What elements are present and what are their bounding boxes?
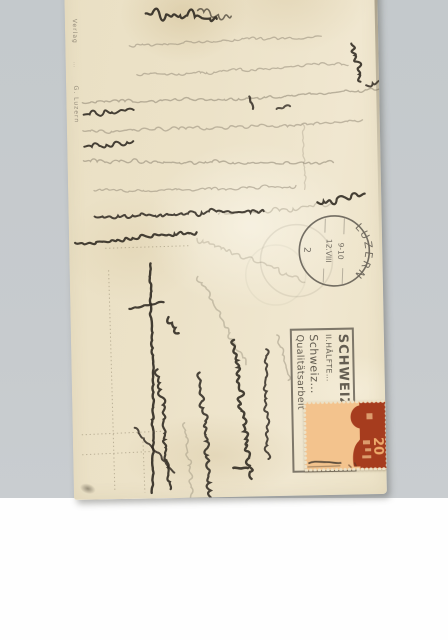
stamp-denomination: 20 <box>370 437 385 455</box>
handwriting-stroke-pencil <box>302 124 306 189</box>
handwriting-stroke-ink <box>75 232 197 245</box>
handwriting-stroke-pencil <box>82 88 381 104</box>
postmark-time: 9-10 <box>336 242 346 260</box>
handwriting-stroke-ink <box>317 193 365 205</box>
postmark-district: 2 <box>301 247 311 253</box>
slogan-line-2: II.HÄLFTE… <box>324 334 334 382</box>
printed-dotted-line <box>82 451 153 454</box>
handwriting-stroke-pencil <box>197 276 246 366</box>
handwriting-stroke-pencil <box>197 236 305 284</box>
handwriting-stroke-ink <box>84 109 134 117</box>
handwriting-stroke-ink <box>129 302 164 309</box>
handwriting-stroke-pencil <box>277 335 291 381</box>
postcard-scan: Verlag … G. Luzern LUZERN 2 9-10 12.VIII… <box>0 0 448 640</box>
printed-dotted-line <box>143 438 145 493</box>
handwriting-stroke-ink <box>351 43 361 81</box>
publisher-name: Verlag <box>71 19 78 44</box>
publisher-illegible: … <box>72 62 79 70</box>
handwriting-stroke-ink <box>94 208 263 219</box>
postage-stamp: 20 <box>303 400 387 472</box>
handwriting-stroke-pencil <box>137 62 348 76</box>
handwriting-stroke-ink <box>197 372 210 497</box>
handwriting-stroke-ink <box>84 141 133 148</box>
handwriting-stroke-pencil <box>83 154 333 168</box>
publisher-place: G. Luzern <box>72 86 80 124</box>
postmark-luzern: LUZERN 2 9-10 12.VIII <box>294 210 376 292</box>
handwriting-stroke-ink <box>147 263 156 492</box>
postmark-date: 12.VIII <box>324 239 334 263</box>
slogan-line-4: Qualitätsarbeit <box>294 334 306 409</box>
slogan-line-3: Schweiz… <box>307 334 321 394</box>
printed-dotted-line <box>82 431 162 435</box>
printed-dotted-line <box>109 270 115 490</box>
handwriting-stroke-ink <box>263 349 271 459</box>
handwriting-stroke-ink <box>155 369 171 489</box>
printed-dotted-line <box>105 246 189 249</box>
handwriting-stroke-ink <box>276 105 290 109</box>
handwriting-stroke-pencil <box>94 185 296 193</box>
handwriting-stroke-pencil <box>183 423 193 500</box>
handwriting-stroke-ink <box>231 340 253 480</box>
scan-margin-white <box>0 498 448 640</box>
handwriting-stroke-ink <box>167 317 178 334</box>
handwriting-stroke-pencil <box>129 36 321 47</box>
handwriting-stroke-pencil <box>83 120 363 134</box>
handwriting-stroke-ink <box>233 467 247 468</box>
postcard-back: Verlag … G. Luzern LUZERN 2 9-10 12.VIII… <box>64 0 387 500</box>
